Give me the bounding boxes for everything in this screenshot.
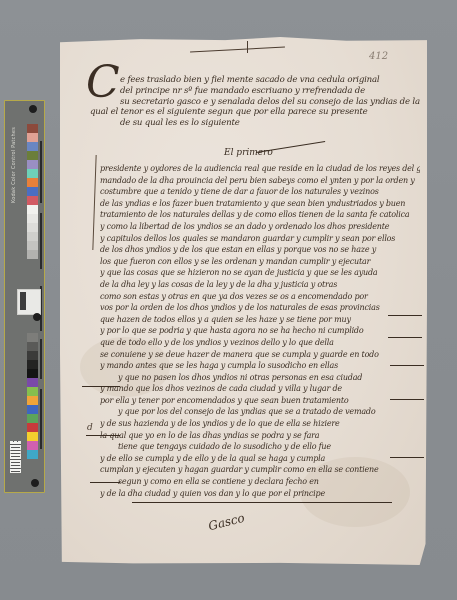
margin-bracket [92,155,96,250]
color-swatch [27,432,38,441]
manuscript-line: de los dhos yndios y de los que estan en… [100,244,420,256]
body-text: presidente y oydores de la audiencia rea… [100,163,420,499]
card-rail [40,213,42,269]
manuscript-line: vos por la orden de los dhos yndios y de… [100,302,420,314]
card-label-text: Kodak Color Control Patches [11,127,17,203]
color-swatch [27,396,38,405]
color-swatch [27,414,38,423]
manuscript-line: y que por los del consejo de las yndias … [100,406,420,418]
manuscript-line: y que no pasen los dhos yndios ni otras … [100,372,420,384]
right-line-filler [390,457,424,458]
manuscript-line: de las yndias e los fazer buen tratamien… [100,198,420,210]
manuscript-line: y como la libertad de los yndios se an d… [100,221,420,233]
color-swatch [27,333,38,342]
color-swatch [27,205,38,214]
manuscript-line: presidente y oydores de la audiencia rea… [100,163,420,175]
top-swatch-column [27,124,38,259]
signature: Gasco [207,511,246,533]
margin-note: d [87,423,93,433]
right-line-filler [388,315,422,316]
color-swatch [27,450,38,459]
card-barcode [10,441,21,473]
manuscript-page: 412 C e fees traslado bien y fiel mente … [60,37,427,565]
heading-block: C e fees traslado bien y fiel mente saca… [90,65,420,129]
color-swatch [27,223,38,232]
manuscript-line: los que fueron con ellos y se les ordena… [100,256,420,268]
manuscript-line: y mando antes que se les haga y cumpla l… [100,360,420,372]
manuscript-line: y por lo que se podria y que hasta agora… [100,325,420,337]
manuscript-line: mandado de la dha prouincia del peru bie… [100,175,420,187]
manuscript-line: y de sus hazienda y de los yndios y de l… [100,418,420,430]
heading-line: del principe nr sº fue mandado escriuano… [90,86,420,97]
manuscript-line: la qual que yo en lo de las dhas yndias … [100,430,420,442]
card-punch-hole-mid [33,313,41,321]
manuscript-line: cumplan y ejecuten y hagan guardar y cum… [100,464,420,476]
manuscript-line: tiene que tengays cuidado de lo susodich… [100,441,420,453]
manuscript-line: y que las cosas que se hizieron no se ay… [100,267,420,279]
manuscript-line: que de todo ello y de los yndios y vezin… [100,337,420,349]
line-filler-stroke [86,435,120,436]
right-line-filler [388,337,422,338]
manuscript-line: como son estas y otras en que ya dos vez… [100,291,420,303]
color-swatch [27,342,38,351]
manuscript-line: y capitulos dellos los quales se mandaro… [100,233,420,245]
heading-line: e fees traslado bien y fiel mente sacado… [90,75,420,86]
closing-rule [132,502,392,503]
right-line-filler [390,365,424,366]
color-swatch [27,250,38,259]
manuscript-line: costumbre que a tenido y tiene de dar a … [100,186,420,198]
color-swatch [27,142,38,151]
folio-number: 412 [369,51,388,62]
line-filler-stroke [90,482,120,483]
manuscript-line: y mando que los dhos vezinos de cada ciu… [100,383,420,395]
color-swatch [27,241,38,250]
manuscript-line: de la dha ley y las cosas de la ley y de… [100,279,420,291]
top-pen-stroke [190,47,285,53]
color-calibration-card: Kodak Color Control Patches [4,100,45,493]
color-swatch [27,378,38,387]
card-punch-hole-top [29,105,37,113]
manuscript-line: que hazen de todos ellos y a quien se le… [100,314,420,326]
manuscript-line: segun y como en ella se contiene y decla… [100,476,420,488]
card-rail [40,389,42,449]
manuscript-line: se conuiene y se deue hazer de manera qu… [100,349,420,361]
color-swatch [27,214,38,223]
color-swatch [27,405,38,414]
top-pen-tick [247,41,248,53]
card-punch-hole-bottom [31,479,39,487]
manuscript-line: y de ello se cumpla y de ello y de la qu… [100,453,420,465]
bottom-swatch-column [27,333,38,459]
heading-line: su secretario gasco e y senalada delos d… [90,97,420,108]
color-swatch [27,369,38,378]
line-filler-stroke [82,386,120,387]
color-swatch [27,196,38,205]
color-swatch [27,351,38,360]
color-swatch [27,441,38,450]
color-swatch [27,133,38,142]
color-swatch [27,232,38,241]
manuscript-line: tratamiento de los naturales dellas y de… [100,209,420,221]
card-rail [40,339,42,379]
heading-line: de su qual les es lo siguiente [90,118,420,129]
manuscript-line: por ella y tener por encomendados y que … [100,395,420,407]
color-swatch [27,124,38,133]
card-rail [40,141,42,203]
color-swatch [27,169,38,178]
color-swatch [27,160,38,169]
color-swatch [27,187,38,196]
color-swatch [27,151,38,160]
decorated-initial: C [86,61,120,105]
color-swatch [27,360,38,369]
color-swatch [27,178,38,187]
right-line-filler [390,399,424,400]
card-gray-target [17,289,41,315]
color-swatch [27,387,38,396]
manuscript-line: y de la dha ciudad y quien vos dan y lo … [100,488,420,500]
heading-line: qual el tenor es el siguiente segun que … [90,107,420,118]
color-swatch [27,423,38,432]
